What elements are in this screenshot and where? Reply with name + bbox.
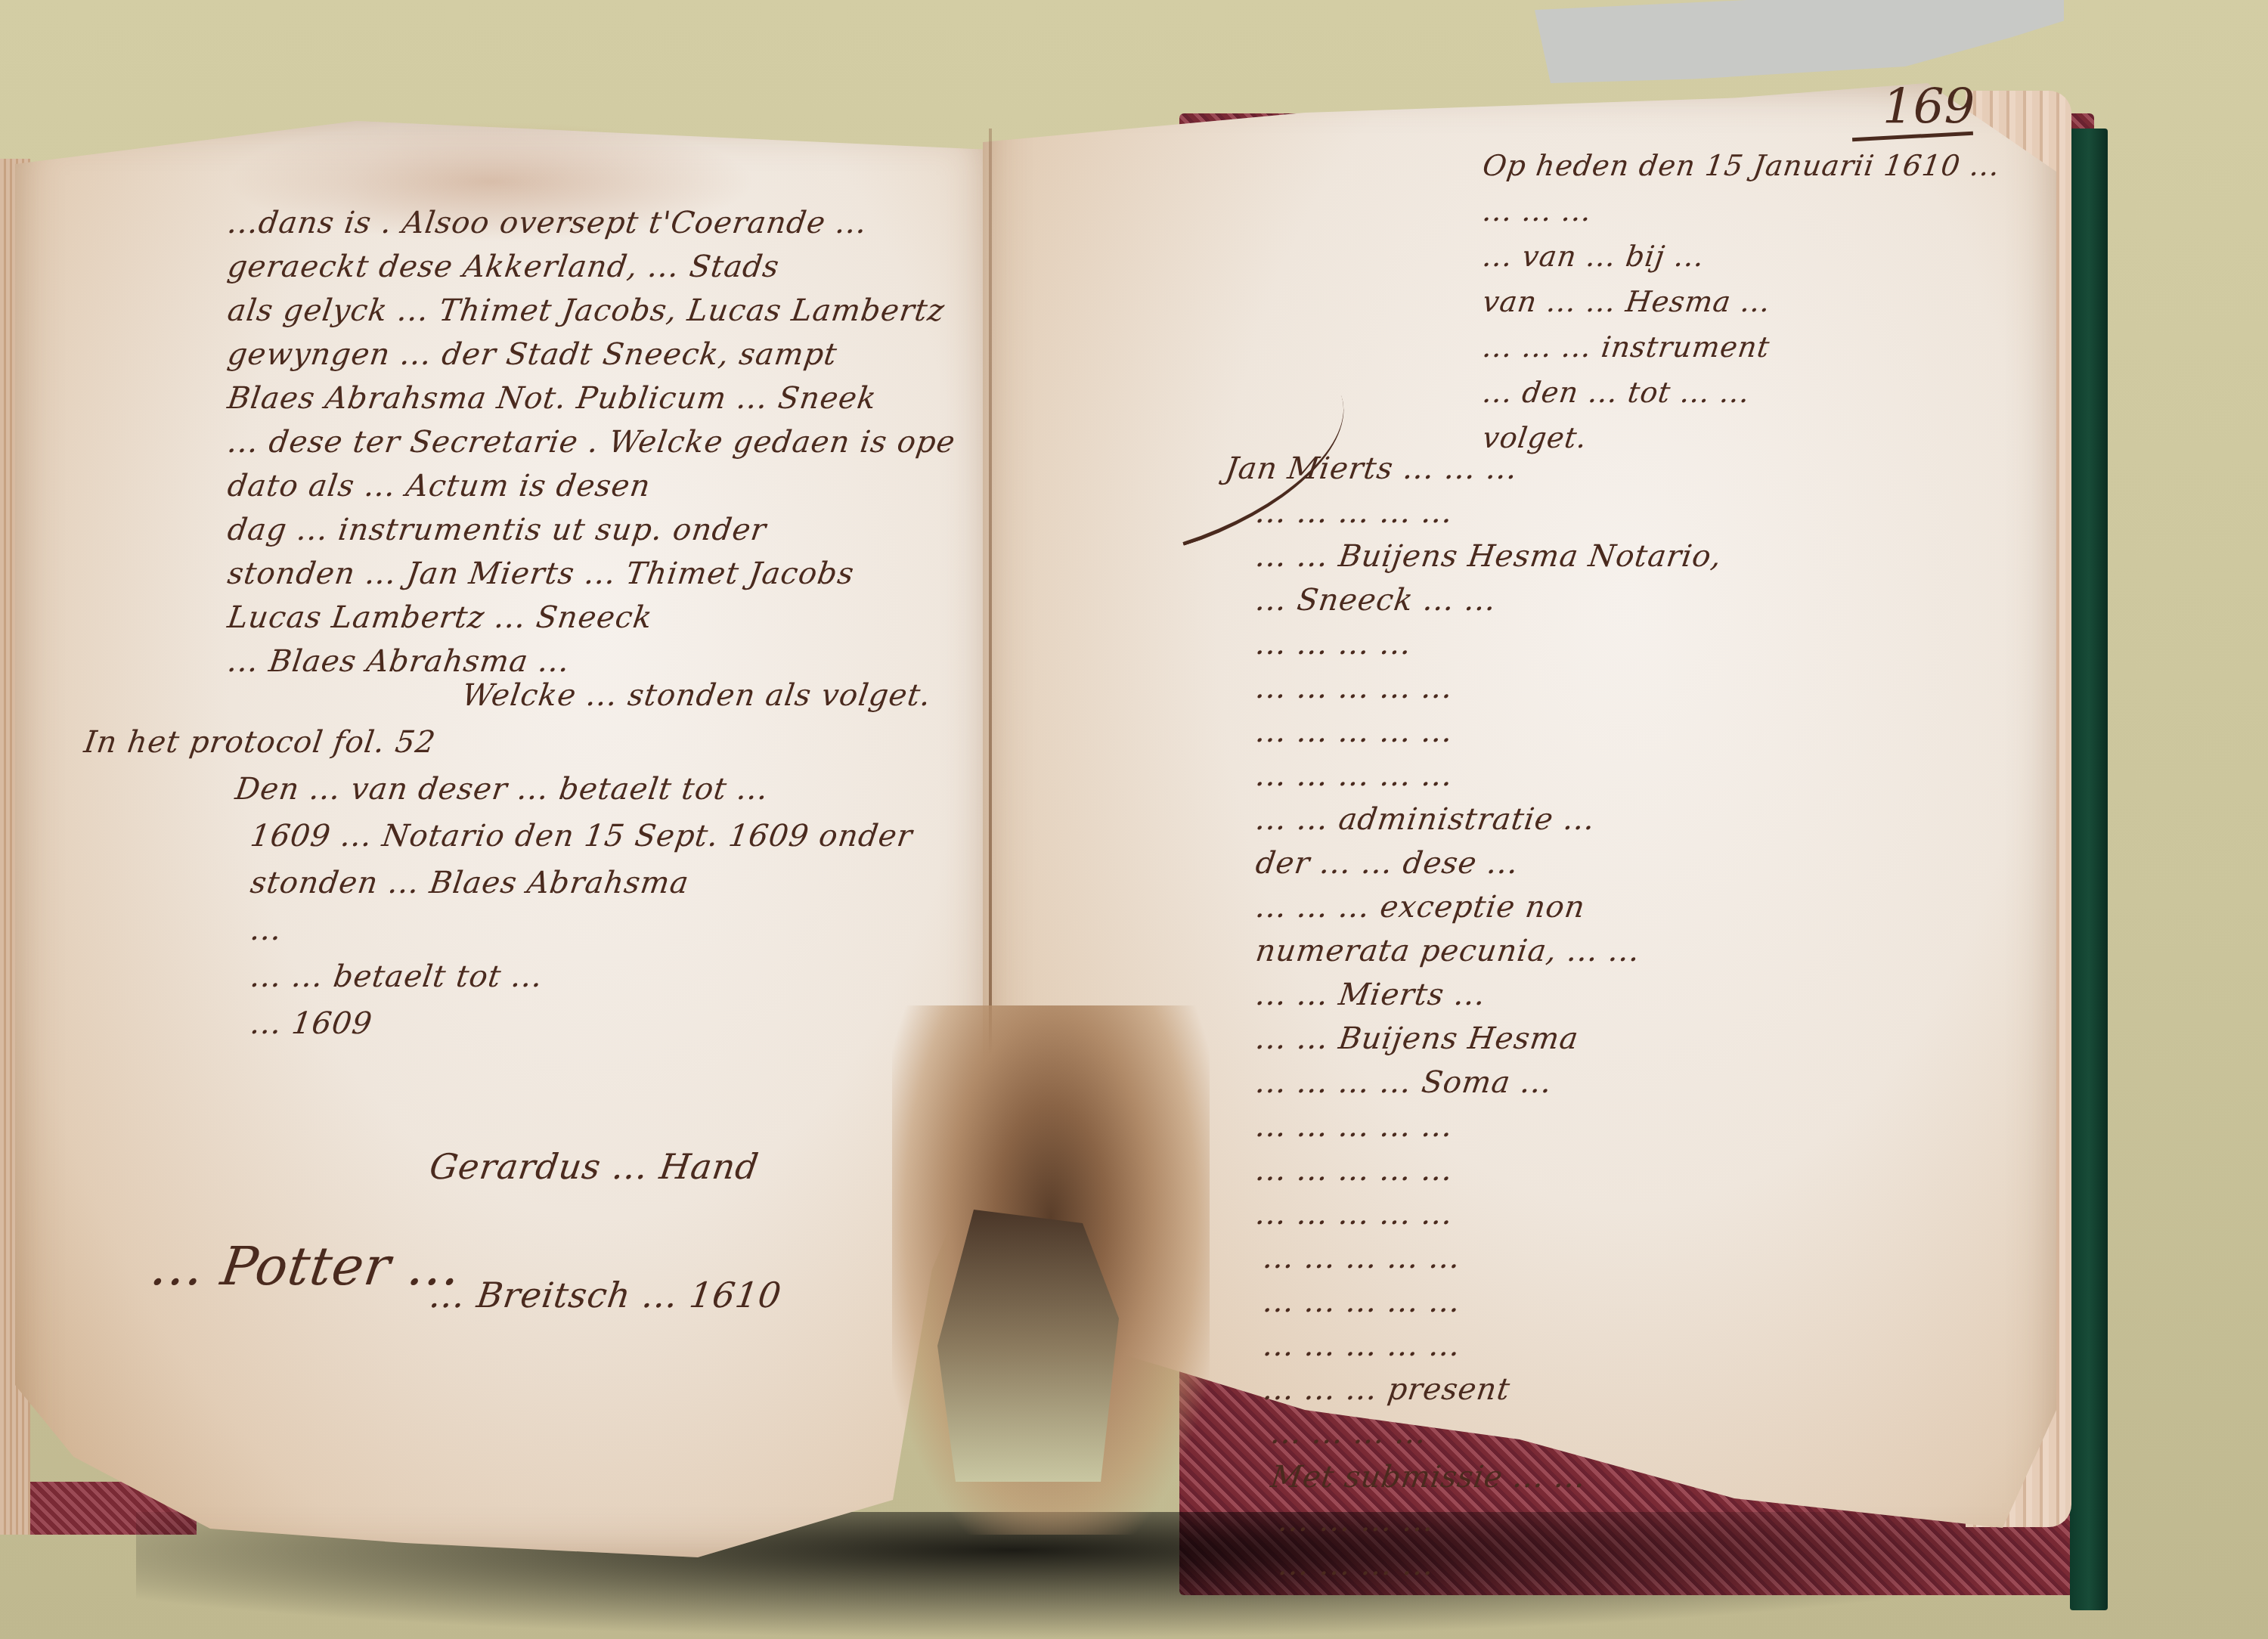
handwritten-line: gewyngen ... der Stadt Sneeck, sampt bbox=[224, 339, 957, 383]
handwritten-line: dato als ... Actum is desen bbox=[224, 471, 957, 515]
handwritten-line: ... ... administratie ... bbox=[1176, 804, 1724, 848]
handwritten-line: ... Sneeck ... ... bbox=[1176, 585, 1724, 629]
signature-flourish: ... Potter ... bbox=[151, 1240, 461, 1293]
handwritten-line: stonden ... Blaes Abrahsma bbox=[80, 868, 934, 915]
handwritten-line: Jan Mierts ... ... ... bbox=[1176, 454, 1724, 497]
green-spine-edge bbox=[2070, 129, 2108, 1610]
signature: ... Breitsch ... 1610 bbox=[414, 1278, 784, 1406]
signature: ... Potter ... bbox=[147, 1240, 464, 1293]
handwritten-line: ... ... ... ... bbox=[1176, 1418, 1724, 1462]
handwritten-line: ... ... ... bbox=[1479, 197, 2002, 242]
handwritten-line: ... ... ... ... bbox=[1176, 1506, 1724, 1550]
handwritten-line: der ... ... dese ... bbox=[1176, 848, 1724, 892]
handwritten-line: ... ... ... ... ... bbox=[1176, 1111, 1724, 1155]
signature: Gerardus ... Hand bbox=[414, 1149, 784, 1278]
handwritten-line: ... ... Mierts ... bbox=[1176, 980, 1724, 1024]
handwritten-line: Met submissie ... ... bbox=[1176, 1462, 1724, 1506]
handwritten-line: ... ... Buijens Hesma bbox=[1176, 1024, 1724, 1067]
handwritten-line: ... ... ... ... ... bbox=[1176, 717, 1724, 761]
handwritten-line: ... ... ... present bbox=[1176, 1374, 1724, 1418]
handwritten-line: ... ... ... ... ... bbox=[1176, 1155, 1724, 1199]
handwritten-line: geraeckt dese Akkerland, ... Stads bbox=[224, 252, 957, 296]
right-page-body: Jan Mierts ... ... ... ... ... ... ... .… bbox=[1179, 454, 1721, 1594]
handwritten-line: ... ... ... ... ... bbox=[1176, 1199, 1724, 1243]
handwritten-line: ... ... ... ... ... bbox=[1176, 673, 1724, 717]
handwritten-line: ... ... Buijens Hesma Notario, bbox=[1176, 541, 1724, 585]
handwritten-line: ... ... ... ... ... bbox=[1176, 497, 1724, 541]
handwritten-line: ... bbox=[80, 915, 934, 962]
handwritten-line: 1609 ... Notario den 15 Sept. 1609 onder bbox=[80, 821, 934, 868]
handwritten-line: ... ... ... ... ... bbox=[1176, 1243, 1724, 1287]
margin-note: In het protocol fol. 52 bbox=[80, 727, 934, 774]
handwritten-line: ... ... ... ... ... bbox=[1176, 1331, 1724, 1374]
handwritten-line: ... 1609 bbox=[80, 1008, 934, 1055]
handwritten-line: ... ... ... ... Soma ... bbox=[1176, 1067, 1724, 1111]
handwritten-line: ... dese ter Secretarie . Welcke gedaen … bbox=[224, 427, 957, 471]
handwritten-line: Lucas Lambertz ... Sneeck bbox=[224, 603, 957, 646]
handwritten-line: ... den ... tot ... ... bbox=[1479, 378, 2002, 423]
handwritten-line: Op heden den 15 Januarii 1610 ... bbox=[1479, 151, 2002, 197]
handwritten-line: ... ... ... ... ... bbox=[1176, 1287, 1724, 1331]
handwritten-line: numerata pecunia, ... ... bbox=[1176, 936, 1724, 980]
handwritten-line: Den ... van deser ... betaelt tot ... bbox=[80, 774, 934, 821]
signatures-block: Gerardus ... Hand ... Breitsch ... 1610 bbox=[423, 1149, 775, 1406]
handwritten-line: ... ... ... exceptie non bbox=[1176, 892, 1724, 936]
handwritten-line: dag ... instrumentis ut sup. onder bbox=[224, 515, 957, 559]
handwritten-line: Welcke ... stonden als volget. bbox=[80, 680, 934, 727]
handwritten-line: van ... ... Hesma ... bbox=[1479, 287, 2002, 333]
folio-number: 169 bbox=[1882, 79, 1975, 135]
handwritten-line: ... ... ... ... ... bbox=[1176, 761, 1724, 804]
handwritten-line: ... ... ... ... bbox=[1176, 629, 1724, 673]
handwritten-line: als gelyck ... Thimet Jacobs, Lucas Lamb… bbox=[224, 296, 957, 339]
burnt-hole bbox=[937, 1210, 1119, 1482]
handwritten-line: ... van ... bij ... bbox=[1479, 242, 2002, 287]
handwritten-line: Blaes Abrahsma Not. Publicum ... Sneek bbox=[224, 383, 957, 427]
right-page-heading: Op heden den 15 Januarii 1610 ... ... ..… bbox=[1482, 151, 1999, 469]
handwritten-line: ... ... ... ... bbox=[1176, 1550, 1724, 1594]
handwritten-line: ...dans is . Alsoo oversept t'Coerande .… bbox=[224, 208, 957, 252]
left-page-text-top: ...dans is . Alsoo oversept t'Coerande .… bbox=[227, 208, 954, 690]
handwritten-line: ... ... ... instrument bbox=[1479, 333, 2002, 378]
handwritten-line: stonden ... Jan Mierts ... Thimet Jacobs bbox=[224, 559, 957, 603]
handwritten-line: ... ... betaelt tot ... bbox=[80, 962, 934, 1008]
left-page-text-middle: Welcke ... stonden als volget. In het pr… bbox=[83, 680, 930, 1055]
